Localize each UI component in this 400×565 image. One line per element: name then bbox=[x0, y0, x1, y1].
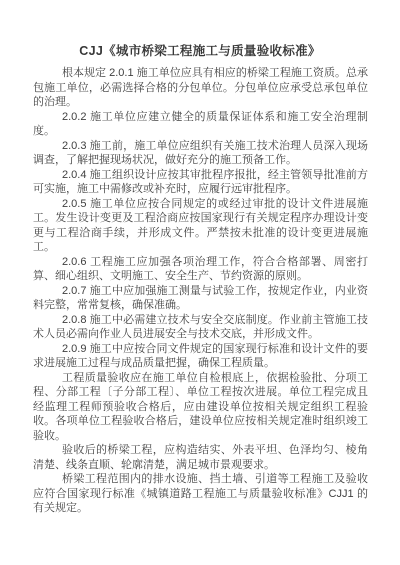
document-body: 根本规定 2.0.1 施工单位应具有相应的桥梁工程施工资质。总承包施工单位，必需… bbox=[33, 66, 368, 516]
paragraph: 2.0.3 施工前，施工单位应组织有关施工技术治理人员深入现场调查，了解把握现场… bbox=[33, 139, 368, 168]
paragraph: 2.0.6 工程施工应加强各项治理工作，符合合格部署、周密打算、细心组织、文明施… bbox=[33, 255, 368, 284]
paragraph: 桥梁工程范围内的排水设施、挡土墙、引道等工程施工及验收应符合国家现行标准《城镇道… bbox=[33, 472, 368, 516]
paragraph: 工程质量验收应在施工单位自检根底上，依据检验批、分项工程、分部工程〔子分部工程〕… bbox=[33, 371, 368, 444]
paragraph: 根本规定 2.0.1 施工单位应具有相应的桥梁工程施工资质。总承包施工单位，必需… bbox=[33, 66, 368, 110]
document-title: CJJ《城市桥梁工程施工与质量验收标准》 bbox=[0, 41, 400, 59]
paragraph: 2.0.7 施工中应加强施工测量与试验工作，按规定作业，内业资料完整，常常复核，… bbox=[33, 284, 368, 313]
paragraph: 验收后的桥梁工程，应构造结实、外表平坦、色泽均匀、棱角清楚、线条直顺、轮廓清楚，… bbox=[33, 443, 368, 472]
paragraph: 2.0.2 施工单位应建立健全的质量保证体系和施工安全治理制度。 bbox=[33, 110, 368, 139]
paragraph: 2.0.9 施工中应按合同文件规定的国家现行标准和设计文件的要求进展施工过程与成… bbox=[33, 342, 368, 371]
paragraph: 2.0.8 施工中必需建立技术与安全交底制度。作业前主管施工技术人员必需向作业人… bbox=[33, 313, 368, 342]
paragraph: 2.0.5 施工单位应按合同规定的或经过审批的设计文件进展施工。发生设计变更及工… bbox=[33, 197, 368, 255]
document-page: CJJ《城市桥梁工程施工与质量验收标准》 根本规定 2.0.1 施工单位应具有相… bbox=[0, 0, 400, 565]
paragraph: 2.0.4 施工组织设计应按其审批程序报批，经主管领导批准前方可实施，施工中需修… bbox=[33, 168, 368, 197]
